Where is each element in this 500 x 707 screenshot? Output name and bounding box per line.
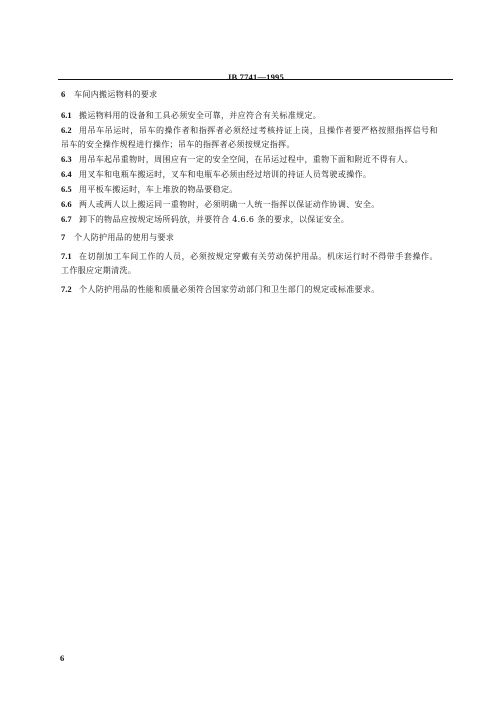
clause-number: 6.1 [61,110,79,121]
clause-number: 6.4 [61,169,79,180]
section-number: 6 [61,89,74,100]
clause-6-5: 6.5用平板车搬运时，车上堆放的物品要稳定。 [61,184,238,195]
section-title: 车间内搬运物料的要求 [74,90,158,99]
clause-6-3: 6.3用吊车起吊重物时，周围应有一定的安全空间，在吊运过程中，重物下面和附近不得… [61,154,413,165]
page-number: 6 [60,653,64,663]
clause-6-1: 6.1搬运物料用的设备和工具必须安全可靠，并应符合有关标准规定。 [61,110,321,121]
clause-text: 用吊车起吊重物时，周围应有一定的安全空间，在吊运过程中，重物下面和附近不得有人。 [79,155,413,164]
clause-number: 6.2 [61,125,79,136]
standard-code: JB 7741—1995 [227,72,284,82]
section-7-heading: 7个人防护用品的使用与要求 [61,232,174,243]
clause-6-2-continuation: 吊车的安全操作规程进行操作；吊车的指挥者必须按规定指挥。 [61,139,295,150]
clause-number: 6.5 [61,184,79,195]
page-header: JB 7741—1995 [58,65,453,80]
clause-6-4: 6.4用叉车和电瓶车搬运时，叉车和电瓶车必须由经过培训的持证人员驾驶或操作。 [61,169,371,180]
clause-6-7: 6.7卸下的物品应按规定场所码放，并要符合 4.6.6 条的要求，以保证安全。 [61,214,349,225]
clause-text: 个人防护用品的性能和质量必须符合国家劳动部门和卫生部门的规定或标准要求。 [79,285,380,294]
clause-number: 6.3 [61,154,79,165]
clause-6-2: 6.2用吊车吊运时，吊车的操作者和指挥者必须经过考核持证上岗，且操作者要严格按照… [61,125,438,136]
clause-7-1: 7.1在切削加工车间工作的人员，必须按规定穿戴有关劳动保护用品。机床运行时不得带… [61,251,438,262]
clause-7-2: 7.2个人防护用品的性能和质量必须符合国家劳动部门和卫生部门的规定或标准要求。 [61,284,380,295]
clause-number: 7.1 [61,251,79,262]
section-title: 个人防护用品的使用与要求 [74,233,174,242]
clause-text-continuation: 工作服应定期清洗。 [61,266,136,275]
section-number: 7 [61,232,74,243]
clause-text: 卸下的物品应按规定场所码放，并要符合 4.6.6 条的要求，以保证安全。 [79,215,349,224]
clause-text: 搬运物料用的设备和工具必须安全可靠，并应符合有关标准规定。 [79,111,321,120]
clause-number: 6.7 [61,214,79,225]
clause-text: 用平板车搬运时，车上堆放的物品要稳定。 [79,185,238,194]
clause-text: 用吊车吊运时，吊车的操作者和指挥者必须经过考核持证上岗，且操作者要严格按照指挥信… [79,126,438,135]
clause-6-6: 6.6两人或两人以上搬运同一重物时，必须明确一人统一指挥以保证动作协调、安全。 [61,199,380,210]
clause-text: 在切削加工车间工作的人员，必须按规定穿戴有关劳动保护用品。机床运行时不得带手套操… [79,252,438,261]
section-6-heading: 6车间内搬运物料的要求 [61,89,158,100]
clause-text-continuation: 吊车的安全操作规程进行操作；吊车的指挥者必须按规定指挥。 [61,140,295,149]
clause-number: 6.6 [61,199,79,210]
clause-text: 用叉车和电瓶车搬运时，叉车和电瓶车必须由经过培训的持证人员驾驶或操作。 [79,170,371,179]
clause-number: 7.2 [61,284,79,295]
clause-text: 两人或两人以上搬运同一重物时，必须明确一人统一指挥以保证动作协调、安全。 [79,200,380,209]
clause-7-1-continuation: 工作服应定期清洗。 [61,265,136,276]
